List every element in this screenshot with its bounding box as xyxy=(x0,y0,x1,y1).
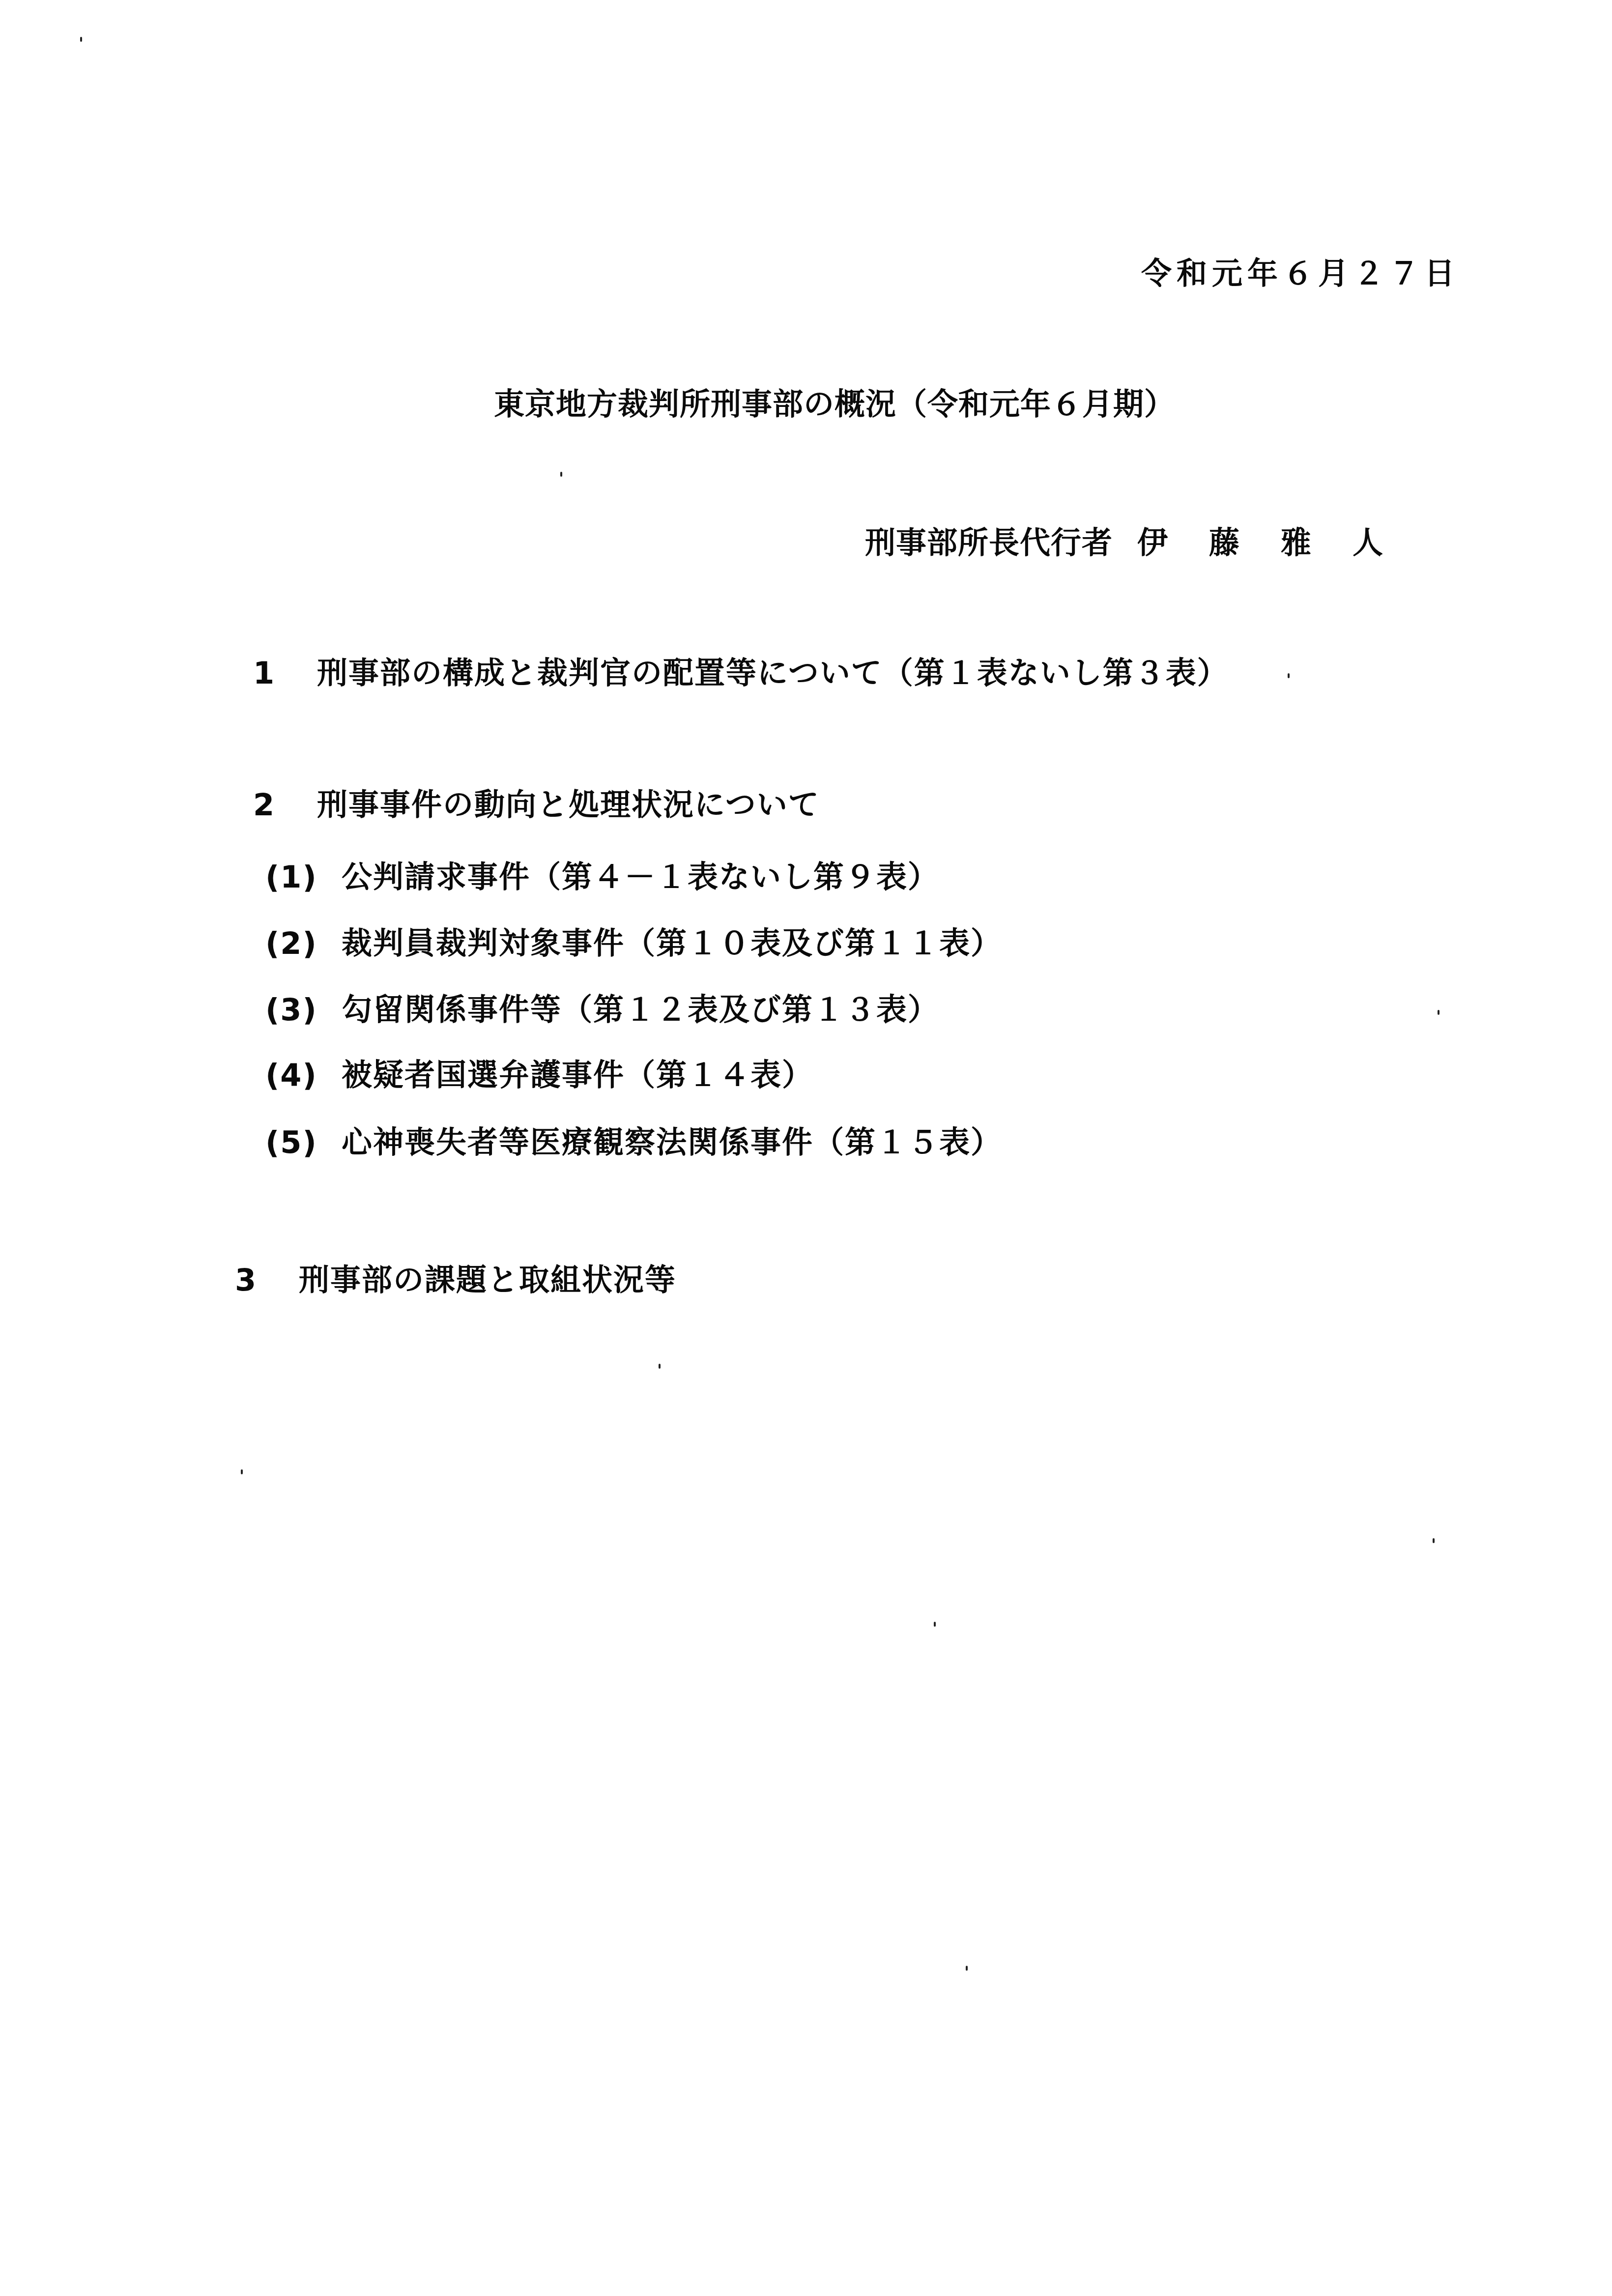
section-text: 刑事部の構成と裁判官の配置等について（第１表ないし第３表） xyxy=(317,655,1229,691)
section-heading-1: 1刑事部の構成と裁判官の配置等について（第１表ないし第３表） xyxy=(253,654,1229,693)
author-name-char: 藤 xyxy=(1209,523,1240,563)
author-role: 刑事部所長代行者 xyxy=(865,525,1113,561)
sub-item-number: (4) xyxy=(265,1056,342,1095)
sub-item-1: (1)公判請求事件（第４－１表ないし第９表） xyxy=(265,858,939,897)
section-text: 刑事事件の動向と処理状況について xyxy=(317,787,820,823)
sub-item-3: (3)勾留関係事件等（第１２表及び第１３表） xyxy=(265,990,939,1030)
document-author: 刑事部所長代行者伊藤雅人 xyxy=(865,523,1424,563)
author-name: 伊藤雅人 xyxy=(1137,525,1424,561)
scan-speck xyxy=(241,1469,243,1474)
sub-item-number: (3) xyxy=(265,990,342,1030)
sub-item-text: 公判請求事件（第４－１表ないし第９表） xyxy=(342,859,939,895)
section-heading-3: 3刑事部の課題と取組状況等 xyxy=(235,1261,676,1300)
scan-speck xyxy=(934,1622,936,1627)
sub-item-number: (1) xyxy=(265,858,342,897)
scan-speck xyxy=(659,1364,661,1369)
author-name-char: 伊 xyxy=(1137,523,1169,563)
sub-item-2: (2)裁判員裁判対象事件（第１０表及び第１１表） xyxy=(265,924,1002,963)
sub-item-text: 被疑者国選弁護事件（第１４表） xyxy=(342,1057,813,1093)
scan-speck xyxy=(1288,673,1290,678)
document-page: 令和元年６月２７日 東京地方裁判所刑事部の概況（令和元年６月期） 刑事部所長代行… xyxy=(0,0,1612,2296)
sub-item-text: 勾留関係事件等（第１２表及び第１３表） xyxy=(342,992,939,1028)
document-date: 令和元年６月２７日 xyxy=(1141,254,1460,293)
author-name-char: 人 xyxy=(1353,523,1384,563)
scan-speck xyxy=(1433,1538,1435,1543)
author-name-char: 雅 xyxy=(1281,523,1312,563)
document-title: 東京地方裁判所刑事部の概況（令和元年６月期） xyxy=(494,385,1175,424)
section-text: 刑事部の課題と取組状況等 xyxy=(299,1262,676,1298)
sub-item-5: (5)心神喪失者等医療観察法関係事件（第１５表） xyxy=(265,1123,1002,1162)
scan-speck xyxy=(1438,1010,1439,1015)
scan-speck xyxy=(560,472,562,477)
sub-item-number: (5) xyxy=(265,1123,342,1162)
sub-item-text: 裁判員裁判対象事件（第１０表及び第１１表） xyxy=(342,925,1002,961)
scan-speck xyxy=(678,659,680,663)
scan-speck xyxy=(966,1966,968,1971)
section-number: 1 xyxy=(253,654,317,693)
section-number: 3 xyxy=(235,1261,299,1300)
scan-speck xyxy=(80,37,82,42)
section-heading-2: 2刑事事件の動向と処理状況について xyxy=(253,785,820,825)
sub-item-text: 心神喪失者等医療観察法関係事件（第１５表） xyxy=(342,1124,1002,1160)
sub-item-number: (2) xyxy=(265,924,342,963)
sub-item-4: (4)被疑者国選弁護事件（第１４表） xyxy=(265,1056,813,1095)
section-number: 2 xyxy=(253,785,317,825)
